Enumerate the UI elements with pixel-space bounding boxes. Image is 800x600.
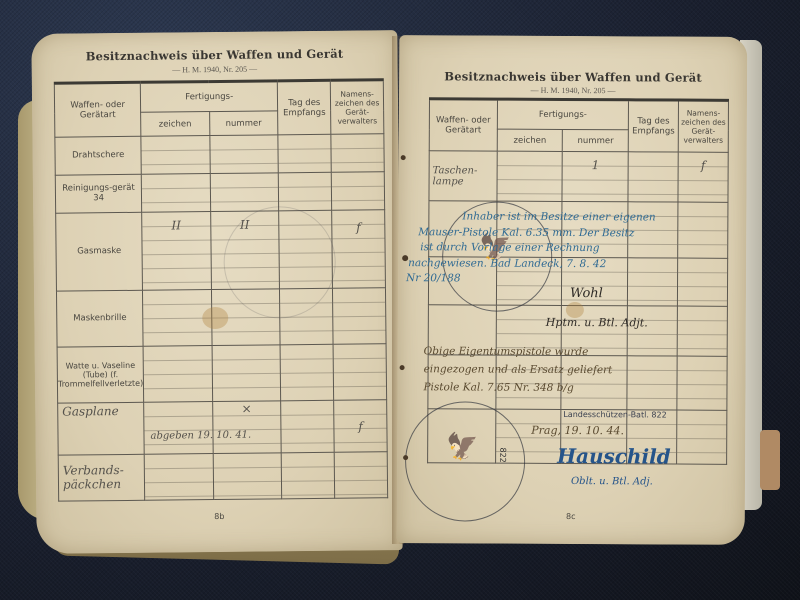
row-item: Gasmaske	[56, 212, 143, 291]
left-page-title: Besitznachweis über Waffen und Gerät	[31, 46, 397, 64]
header-date: Tag des Empfangs	[628, 100, 678, 152]
header-mark: zeichen	[497, 129, 563, 151]
table-row: Gasplane × f	[58, 400, 388, 455]
note-line: Mauser-Pistole Kal. 6.35 mm. Der Besitz	[404, 225, 734, 242]
row-mark	[141, 174, 210, 213]
header-signature-label: Namens-zeichen des Gerät-verwalters	[681, 109, 726, 145]
row-signature: f	[678, 152, 728, 202]
row-signature	[333, 288, 386, 345]
commander-signature: Hauschild	[557, 444, 671, 469]
header-number-label: nummer	[226, 118, 262, 128]
row-item: Taschen-lampe	[429, 151, 497, 201]
ink-spot	[401, 155, 406, 160]
row-date	[280, 344, 334, 401]
ink-spot	[400, 365, 405, 370]
note-line: Pistole Kal. 7.65 Nr. 348 b/g	[423, 378, 733, 398]
ink-spot	[403, 455, 408, 460]
table-row: Gasmaske II II f	[56, 210, 386, 291]
header-type: Waffen- oder Gerätart	[54, 82, 141, 137]
table-row: Reinigungs-gerät 34	[55, 172, 384, 213]
row-item: Maskenbrille	[56, 290, 143, 347]
row-mark	[144, 454, 213, 501]
row-number: ×	[212, 401, 281, 454]
header-date: Tag des Empfangs	[278, 80, 332, 135]
header-manufacturing-label: Fertigungs-	[185, 92, 233, 103]
header-mark: zeichen	[141, 112, 210, 137]
gasplane-note: abgeben 19. 10. 41.	[150, 430, 251, 442]
row-date	[628, 152, 678, 202]
right-page: Besitznachweis über Waffen und Gerät — H…	[397, 35, 748, 545]
header-manufacturing: Fertigungs-	[141, 81, 278, 112]
row-signature	[333, 344, 386, 401]
note-line: ist durch Vorlage einer Rechnung	[404, 240, 734, 257]
header-mark-label: zeichen	[514, 135, 547, 145]
table-row: Watte u. Vaseline (Tube) (f. Trommelfell…	[57, 344, 387, 403]
header-type-label: Waffen- oder Gerätart	[436, 115, 491, 135]
ink-spot	[402, 255, 408, 261]
eagle-emblem-icon: 🦅	[446, 432, 479, 462]
header-signature: Namens-zeichen des Gerät-verwalters	[678, 100, 728, 152]
left-page-subtitle: — H. M. 1940, Nr. 205 —	[32, 63, 398, 76]
header-mark-label: zeichen	[159, 119, 192, 129]
unit-stamp: Landesschützen-Batl. 822	[563, 410, 666, 420]
table-row: Taschen-lampe 1 f	[429, 151, 728, 203]
row-date	[279, 172, 332, 211]
right-page-subtitle: — H. M. 1940, Nr. 205 —	[399, 85, 747, 96]
left-page: Besitznachweis über Waffen und Gerät — H…	[31, 30, 402, 554]
header-date-label: Tag des Empfangs	[632, 116, 675, 136]
faded-stamp	[223, 206, 336, 319]
place-date: Prag, 19. 10. 44.	[531, 424, 624, 437]
header-manufacturing-label: Fertigungs-	[539, 110, 587, 120]
stain	[202, 307, 228, 329]
row-number	[212, 345, 281, 402]
note-line: Inhaber ist im Besitze einer eigenen	[404, 209, 734, 226]
right-page-title: Besitznachweis über Waffen und Gerät	[399, 69, 747, 85]
officer-signature: Wohl	[570, 286, 603, 301]
row-signature: f	[334, 400, 387, 453]
header-number-label: nummer	[578, 136, 614, 146]
row-item: Gasplane	[58, 402, 145, 455]
row-signature: f	[332, 210, 386, 289]
header-number: nummer	[563, 129, 629, 151]
row-date	[278, 134, 331, 173]
seal-number: 822	[498, 447, 507, 462]
row-mark	[497, 151, 563, 201]
left-page-number: 8b	[36, 510, 402, 523]
row-signature	[334, 452, 387, 499]
sepia-ink-note: Obige Eigentumspistole wurde eingezogen …	[423, 342, 733, 398]
note-line: eingezogen und als Ersatz geliefert	[424, 360, 734, 380]
table-row: Verbands-päckchen	[58, 452, 387, 501]
row-signature	[331, 134, 384, 173]
row-signature	[332, 172, 385, 211]
row-item: Reinigungs-gerät 34	[55, 174, 142, 213]
header-type-label: Waffen- oder Gerätart	[70, 100, 125, 120]
row-number	[213, 453, 282, 500]
row-date	[281, 452, 334, 499]
header-date-label: Tag des Empfangs	[283, 98, 326, 118]
header-type: Waffen- oder Gerätart	[429, 99, 497, 151]
row-item: Drahtschere	[55, 136, 142, 175]
officer-title: Hptm. u. Btl. Adjt.	[546, 316, 648, 330]
right-page-number: 8c	[397, 511, 745, 522]
row-number	[210, 173, 279, 212]
blue-ink-note: Inhaber ist im Besitze einer eigenen Mau…	[404, 209, 734, 288]
stain	[566, 302, 584, 318]
row-item: Watte u. Vaseline (Tube) (f. Trommelfell…	[57, 346, 144, 403]
header-signature: Namens-zeichen des Gerät-verwalters	[331, 80, 384, 135]
official-seal-stamp-lower: 🦅 822	[405, 401, 526, 522]
note-line: nachgewiesen. Bad Landeck, 7. 8. 42	[404, 256, 734, 273]
row-mark	[143, 346, 212, 403]
row-mark	[144, 402, 213, 455]
table-row: Drahtschere	[55, 134, 384, 175]
header-manufacturing: Fertigungs-	[497, 99, 628, 130]
header-signature-label: Namens-zeichen des Gerät-verwalters	[335, 89, 380, 125]
note-line: Obige Eigentumspistole wurde	[424, 342, 734, 362]
row-number: 1	[562, 151, 628, 201]
booklet-torn-corner	[760, 430, 780, 490]
row-mark	[141, 136, 210, 175]
row-item: Verbands-päckchen	[58, 454, 145, 501]
header-number: nummer	[209, 111, 278, 136]
row-date	[281, 400, 335, 453]
row-number	[209, 135, 278, 174]
row-mark: II	[142, 212, 211, 291]
commander-title: Oblt. u. Btl. Adj.	[571, 476, 653, 487]
